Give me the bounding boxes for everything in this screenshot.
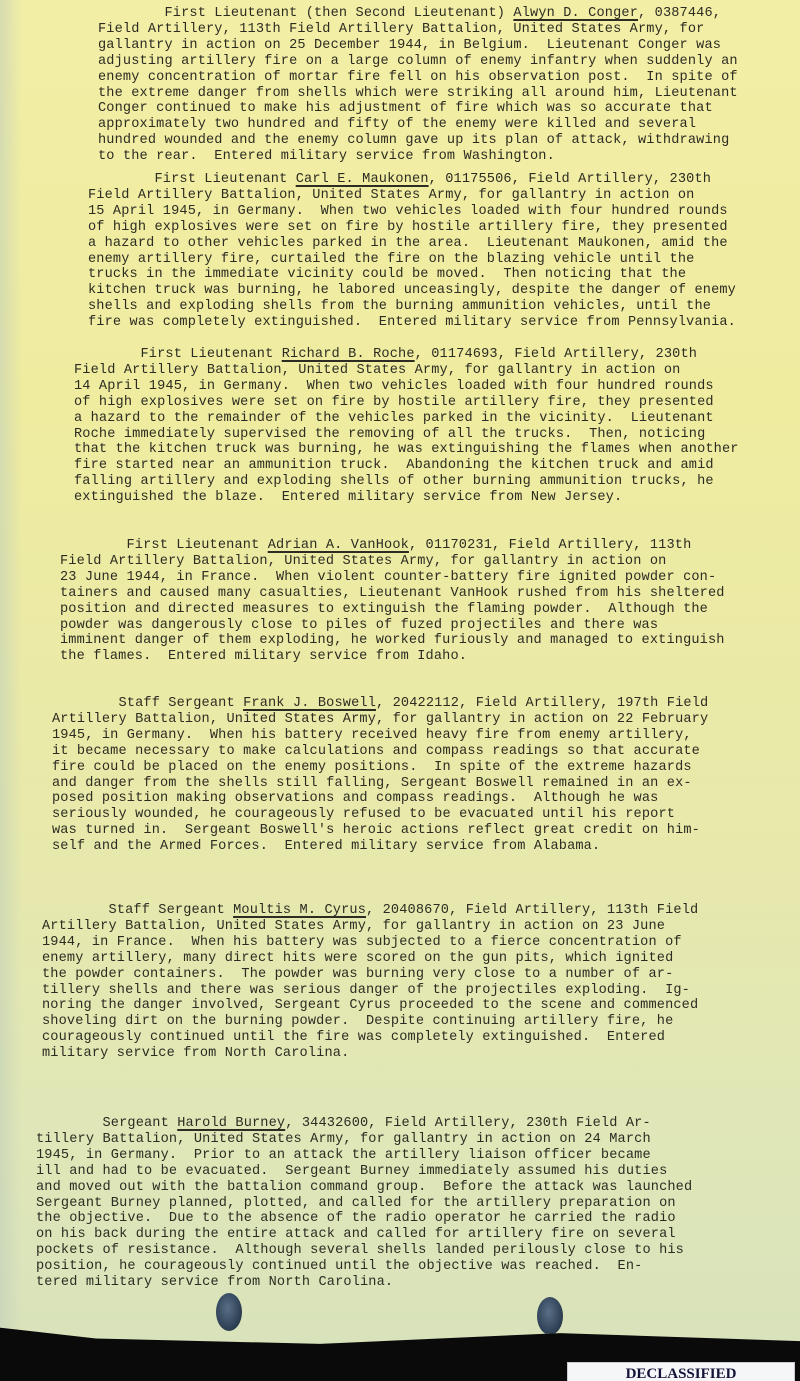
text-line: Staff Sergeant Moultis M. Cyrus, 2040867… [42, 903, 698, 919]
text-line: trucks in the immediate vicinity could b… [88, 267, 736, 283]
text-line: a hazard to the remainder of the vehicle… [74, 411, 739, 427]
text-line: Field Artillery, 113th Field Artillery B… [98, 22, 738, 38]
recipient-name: Carl E. Maukonen [296, 172, 429, 187]
text-line: position, he courageously continued unti… [36, 1259, 692, 1275]
recipient-name: Moultis M. Cyrus [233, 903, 366, 918]
text-line: seriously wounded, he courageously refus… [52, 807, 708, 823]
signature-mark [337, 1344, 427, 1350]
recipient-name: Frank J. Boswell [243, 696, 376, 711]
text-line: shoveling dirt on the burning powder. De… [42, 1014, 698, 1030]
text-line: 1944, in France. When his battery was su… [42, 935, 698, 951]
citation-boswell: Staff Sergeant Frank J. Boswell, 2042211… [52, 696, 708, 855]
punch-hole-right [537, 1297, 563, 1335]
text-line: the objective. Due to the absence of the… [36, 1211, 692, 1227]
text-line: fire started near an ammunition truck. A… [74, 458, 739, 474]
text-line: tillery Battalion, United States Army, f… [36, 1132, 692, 1148]
text-line: 23 June 1944, in France. When violent co… [60, 570, 725, 586]
text-line: noring the danger involved, Sergeant Cyr… [42, 998, 698, 1014]
text-line: tered military service from North Caroli… [36, 1275, 692, 1291]
text-line: the powder containers. The powder was bu… [42, 967, 698, 983]
text-line: the flames. Entered military service fro… [60, 649, 725, 665]
text-line: enemy artillery, many direct hits were s… [42, 951, 698, 967]
text-line: fire could be placed on the enemy positi… [52, 760, 708, 776]
text-line: adjusting artillery fire on a large colu… [98, 54, 738, 70]
text-line: it became necessary to make calculations… [52, 744, 708, 760]
text-line: Staff Sergeant Frank J. Boswell, 2042211… [52, 696, 708, 712]
text-line: Artillery Battalion, United States Army,… [52, 712, 708, 728]
text-line: to the rear. Entered military service fr… [98, 149, 738, 165]
recipient-name: Alwyn D. Conger [513, 6, 638, 21]
text-line: self and the Armed Forces. Entered milit… [52, 839, 708, 855]
text-line: Field Artillery Battalion, United States… [74, 363, 739, 379]
text-line: Field Artillery Battalion, United States… [60, 554, 725, 570]
text-line: courageously continued until the fire wa… [42, 1030, 698, 1046]
text-line: approximately two hundred and fifty of t… [98, 117, 738, 133]
text-line: First Lieutenant Adrian A. VanHook, 0117… [60, 538, 725, 554]
text-line: Field Artillery Battalion, United States… [88, 188, 736, 204]
citation-roche: First Lieutenant Richard B. Roche, 01174… [74, 347, 739, 506]
text-line: on his back during the entire attack and… [36, 1227, 692, 1243]
citation-cyrus: Staff Sergeant Moultis M. Cyrus, 2040867… [42, 903, 698, 1062]
recipient-name: Harold Burney [177, 1116, 285, 1131]
citation-vanhook: First Lieutenant Adrian A. VanHook, 0117… [60, 538, 725, 665]
text-line: tainers and caused many casualties, Lieu… [60, 586, 725, 602]
text-line: 1945, in Germany. Prior to an attack the… [36, 1148, 692, 1164]
text-line: First Lieutenant Richard B. Roche, 01174… [74, 347, 739, 363]
text-line: 15 April 1945, in Germany. When two vehi… [88, 204, 736, 220]
declassified-stamp: DECLASSIFIED [567, 1362, 795, 1381]
text-line: Artillery Battalion, United States Army,… [42, 919, 698, 935]
text-line: 14 April 1945, in Germany. When two vehi… [74, 379, 739, 395]
recipient-name: Richard B. Roche [282, 347, 415, 362]
text-line: shells and exploding shells from the bur… [88, 299, 736, 315]
text-line: Roche immediately supervised the removin… [74, 427, 739, 443]
punch-hole-left [216, 1293, 242, 1331]
text-line: ill and had to be evacuated. Sergeant Bu… [36, 1164, 692, 1180]
text-line: a hazard to other vehicles parked in the… [88, 236, 736, 252]
text-line: and moved out with the battalion command… [36, 1180, 692, 1196]
text-line: gallantry in action on 25 December 1944,… [98, 38, 738, 54]
text-line: First Lieutenant Carl E. Maukonen, 01175… [88, 172, 736, 188]
citation-maukonen: First Lieutenant Carl E. Maukonen, 01175… [88, 172, 736, 331]
text-line: powder was dangerously close to piles of… [60, 618, 725, 634]
text-line: imminent danger of them exploding, he wo… [60, 633, 725, 649]
text-line: of high explosives were set on fire by h… [74, 395, 739, 411]
text-line: posed position making observations and c… [52, 791, 708, 807]
text-line: military service from North Carolina. [42, 1046, 698, 1062]
document-page: First Lieutenant (then Second Lieutenant… [0, 0, 800, 1352]
text-line: Sergeant Burney planned, plotted, and ca… [36, 1196, 692, 1212]
text-line: hundred wounded and the enemy column gav… [98, 133, 738, 149]
text-line: pockets of resistance. Although several … [36, 1243, 692, 1259]
text-line: extinguished the blaze. Entered military… [74, 490, 739, 506]
text-line: enemy concentration of mortar fire fell … [98, 70, 738, 86]
text-line: falling artillery and exploding shells o… [74, 474, 739, 490]
text-line: position and directed measures to exting… [60, 602, 725, 618]
text-line: 1945, in Germany. When his battery recei… [52, 728, 708, 744]
citation-conger: First Lieutenant (then Second Lieutenant… [98, 6, 738, 165]
text-line: that the kitchen truck was burning, he w… [74, 442, 739, 458]
text-line: kitchen truck was burning, he labored un… [88, 283, 736, 299]
text-line: of high explosives were set on fire by h… [88, 220, 736, 236]
text-line: and danger from the shells still falling… [52, 776, 708, 792]
text-line: was turned in. Sergeant Boswell's heroic… [52, 823, 708, 839]
citation-burney: Sergeant Harold Burney, 34432600, Field … [36, 1116, 692, 1291]
recipient-name: Adrian A. VanHook [268, 538, 409, 553]
text-line: enemy artillery fire, curtailed the fire… [88, 252, 736, 268]
text-line: the extreme danger from shells which wer… [98, 86, 738, 102]
text-line: fire was completely extinguished. Entere… [88, 315, 736, 331]
text-line: Conger continued to make his adjustment … [98, 101, 738, 117]
text-line: tillery shells and there was serious dan… [42, 983, 698, 999]
text-line: First Lieutenant (then Second Lieutenant… [98, 6, 738, 22]
text-line: Sergeant Harold Burney, 34432600, Field … [36, 1116, 692, 1132]
